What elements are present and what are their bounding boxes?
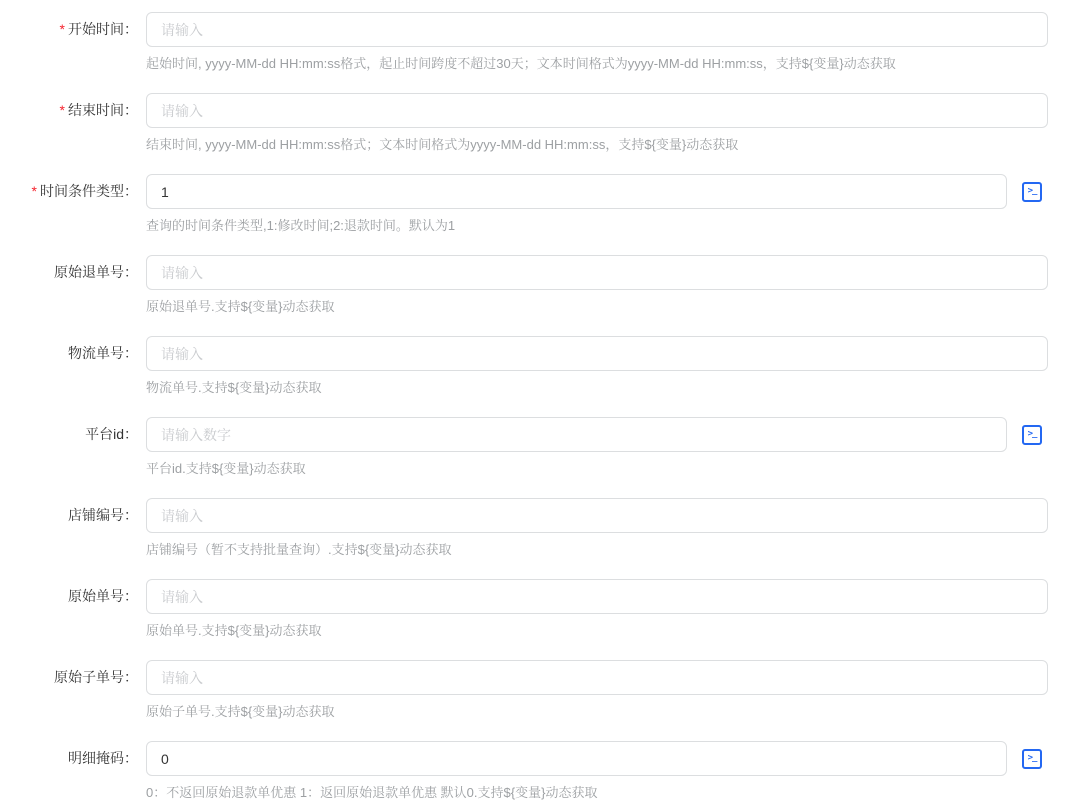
field-help-text: 查询的时间条件类型,1:修改时间;2:退款时间。默认为1 (146, 217, 1068, 235)
original-suborder-no-input[interactable] (146, 660, 1048, 695)
field-label-text: 平台id： (85, 426, 138, 442)
field-label-text: 明细掩码： (68, 750, 138, 766)
field-label-text: 结束时间： (68, 102, 138, 118)
original-order-no-input[interactable] (146, 579, 1048, 614)
field-help-text: 结束时间, yyyy-MM-dd HH:mm:ss格式；文本时间格式为yyyy-… (146, 136, 1068, 154)
field-label: 店铺编号： (0, 498, 138, 533)
form-row-original-refund-no: 原始退单号： 原始退单号.支持${变量}动态获取 (0, 255, 1068, 316)
required-asterisk: * (60, 102, 65, 118)
field-help-text: 原始子单号.支持${变量}动态获取 (146, 703, 1068, 721)
field-label: *开始时间： (0, 12, 138, 47)
field-help-text: 0：不返回原始退款单优惠 1：返回原始退款单优惠 默认0.支持${变量}动态获取 (146, 784, 1068, 802)
field-label: 平台id： (0, 417, 138, 452)
expression-editor-icon[interactable]: >_ (1022, 425, 1042, 445)
form-row-shop-code: 店铺编号： 店铺编号（暂不支持批量查询）.支持${变量}动态获取 (0, 498, 1068, 559)
form-row-logistics-no: 物流单号： 物流单号.支持${变量}动态获取 (0, 336, 1068, 397)
platform-id-input[interactable] (146, 417, 1007, 452)
field-label-text: 店铺编号： (68, 507, 138, 523)
field-label: *时间条件类型： (0, 174, 138, 209)
form-row-original-suborder-no: 原始子单号： 原始子单号.支持${变量}动态获取 (0, 660, 1068, 721)
field-help-text: 起始时间, yyyy-MM-dd HH:mm:ss格式，起止时间跨度不超过30天… (146, 55, 1068, 73)
logistics-no-input[interactable] (146, 336, 1048, 371)
field-label: 明细掩码： (0, 741, 138, 776)
field-label: 物流单号： (0, 336, 138, 371)
required-asterisk: * (32, 183, 37, 199)
field-help-text: 物流单号.支持${变量}动态获取 (146, 379, 1068, 397)
required-asterisk: * (60, 21, 65, 37)
time-condition-type-input[interactable] (146, 174, 1007, 209)
form-row-original-order-no: 原始单号： 原始单号.支持${变量}动态获取 (0, 579, 1068, 640)
field-label: 原始子单号： (0, 660, 138, 695)
field-label: *结束时间： (0, 93, 138, 128)
field-help-text: 原始退单号.支持${变量}动态获取 (146, 298, 1068, 316)
original-refund-no-input[interactable] (146, 255, 1048, 290)
form-row-detail-mask: 明细掩码： >_ 0：不返回原始退款单优惠 1：返回原始退款单优惠 默认0.支持… (0, 741, 1068, 802)
expression-editor-icon[interactable]: >_ (1022, 749, 1042, 769)
field-label-text: 开始时间： (68, 21, 138, 37)
form-row-time-condition-type: *时间条件类型： >_ 查询的时间条件类型,1:修改时间;2:退款时间。默认为1 (0, 174, 1068, 235)
field-label: 原始退单号： (0, 255, 138, 290)
field-label-text: 原始单号： (68, 588, 138, 604)
start-time-input[interactable] (146, 12, 1048, 47)
field-label-text: 时间条件类型： (40, 183, 138, 199)
shop-code-input[interactable] (146, 498, 1048, 533)
end-time-input[interactable] (146, 93, 1048, 128)
field-help-text: 店铺编号（暂不支持批量查询）.支持${变量}动态获取 (146, 541, 1068, 559)
form-row-end-time: *结束时间： 结束时间, yyyy-MM-dd HH:mm:ss格式；文本时间格… (0, 93, 1068, 154)
detail-mask-input[interactable] (146, 741, 1007, 776)
api-query-form: *开始时间： 起始时间, yyyy-MM-dd HH:mm:ss格式，起止时间跨… (0, 0, 1068, 802)
field-help-text: 原始单号.支持${变量}动态获取 (146, 622, 1068, 640)
form-row-start-time: *开始时间： 起始时间, yyyy-MM-dd HH:mm:ss格式，起止时间跨… (0, 12, 1068, 73)
expression-editor-icon[interactable]: >_ (1022, 182, 1042, 202)
field-label-text: 原始退单号： (54, 264, 138, 280)
field-label-text: 物流单号： (68, 345, 138, 361)
form-row-platform-id: 平台id： >_ 平台id.支持${变量}动态获取 (0, 417, 1068, 478)
field-label: 原始单号： (0, 579, 138, 614)
field-help-text: 平台id.支持${变量}动态获取 (146, 460, 1068, 478)
field-label-text: 原始子单号： (54, 669, 138, 685)
